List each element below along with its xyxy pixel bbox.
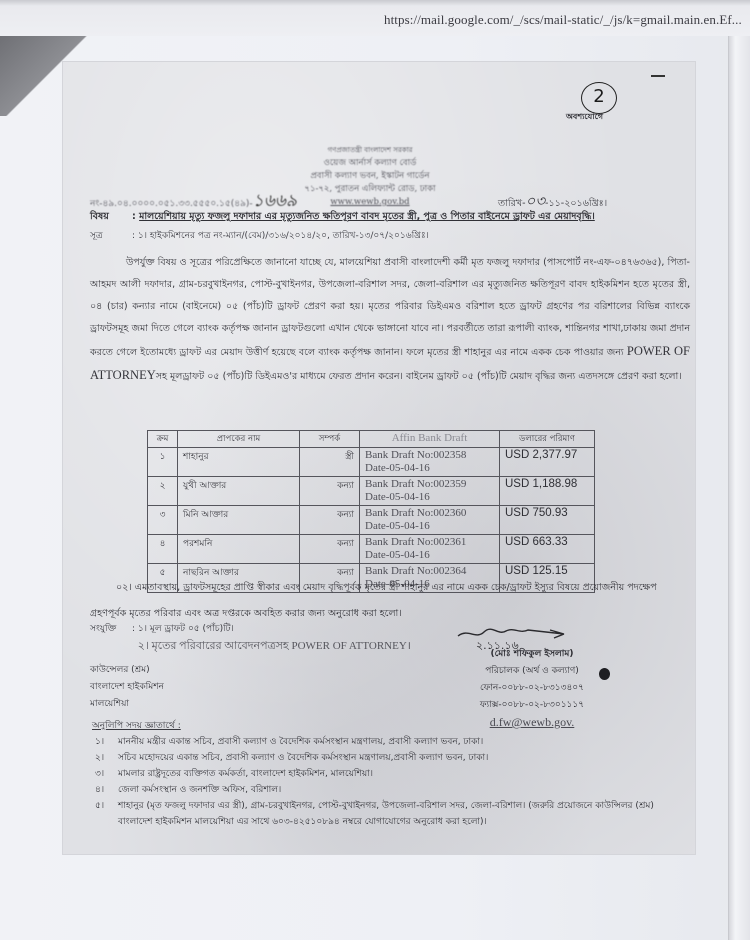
stamp-label: অবশ্যযোগে xyxy=(566,111,603,124)
draft-date: Date-05-04-16 xyxy=(365,462,494,475)
bank-draft-table: ক্রম প্রাপকের নাম সম্পর্ক Affin Bank Dra… xyxy=(147,430,595,593)
col-relation: সম্পর্ক xyxy=(300,431,360,448)
enclosures: সংযুক্তি: ১। মূল ড্রাফট ০৫ (পাঁচ)টি। ২। … xyxy=(90,621,411,656)
page-number-circle: 2 xyxy=(581,82,617,114)
enclosure-item-1: ১। মূল ড্রাফট ০৫ (পাঁচ)টি। xyxy=(138,624,234,634)
list-item-text: সচিব মহোদয়ের একান্ত সচিব, প্রবাসী কল্যা… xyxy=(118,750,488,766)
cell-relation: কন্যা xyxy=(300,477,360,506)
signatory-designation: পরিচালক (অর্থ ও কল্যাণ) xyxy=(452,663,612,680)
cell-amount: USD 2,377.97 xyxy=(500,448,595,477)
list-item-text: শাহানুর (মৃত ফজলু দফাদার এর স্ত্রী), গ্র… xyxy=(118,798,685,830)
col-amount: ডলারের পরিমাণ xyxy=(500,431,595,448)
cell-bank-draft: Bank Draft No:002360Date-05-04-16 xyxy=(360,506,500,535)
list-item-number: ২। xyxy=(95,750,118,766)
list-item-text: মামলার রাষ্ট্রদূতের ব্যক্তিগত কর্মকর্তা,… xyxy=(118,766,373,782)
signatory-email[interactable]: d.fw@wewb.gov. xyxy=(452,714,612,731)
cell-serial: ৪ xyxy=(148,535,178,564)
body-text-before: উপর্যুক্ত বিষয় ও সূত্রের পরিপ্রেক্ষিতে … xyxy=(90,257,690,358)
addressee: কাউন্সেলর (শ্রম) বাংলাদেশ হাইকমিশন মালয়… xyxy=(90,662,164,713)
signatory-fax: ফ্যাক্স-০০৮৮-০২-৮৩০১১১৭ xyxy=(452,697,612,714)
subject-label: বিষয় xyxy=(90,210,132,225)
list-item: ৪।জেলা কর্মসংস্থান ও জনশক্তি অফিস, বরিশা… xyxy=(95,782,685,798)
list-item: ২।সচিব মহোদয়ের একান্ত সচিব, প্রবাসী কল্… xyxy=(95,750,685,766)
addressee-line-3: মালয়েশিয়া xyxy=(90,696,164,713)
list-item-number: ৪। xyxy=(95,782,118,798)
copy-to-title: অনুলিপি সদয় জ্ঞাতার্থে : xyxy=(92,718,181,733)
page-edge xyxy=(728,36,750,940)
list-item-text: জেলা কর্মসংস্থান ও জনশক্তি অফিস, বরিশাল। xyxy=(118,782,281,798)
cell-serial: ১ xyxy=(148,448,178,477)
list-item: ৫।শাহানুর (মৃত ফজলু দফাদার এর স্ত্রী), গ… xyxy=(95,798,685,830)
date-label: তারিখ- xyxy=(498,198,526,209)
col-bank-draft: Affin Bank Draft xyxy=(360,431,500,448)
list-item: ১।মাননীয় মন্ত্রীর একান্ত সচিব, প্রবাসী … xyxy=(95,734,685,750)
letterhead-org: ওয়েজ আর্নার্স কল্যাণ বোর্ড xyxy=(220,157,520,170)
draft-number: Bank Draft No:002359 xyxy=(365,478,494,491)
cell-amount: USD 750.93 xyxy=(500,506,595,535)
signature: ২.১১.১৬ xyxy=(454,622,604,646)
draft-number: Bank Draft No:002361 xyxy=(365,536,494,549)
ink-blot xyxy=(599,668,610,680)
printed-url: https://mail.google.com/_/scs/mail-stati… xyxy=(384,12,742,28)
signatory-name: (মোঃ শফিকুল ইসলাম) xyxy=(452,646,612,663)
reference-text: ১। হাইকমিশনের পত্র নং-ম্যান/(বেম)/৩১৬/২০… xyxy=(138,231,429,241)
list-item-number: ৩। xyxy=(95,766,118,782)
draft-number: Bank Draft No:002358 xyxy=(365,449,494,462)
pen-mark xyxy=(651,75,665,77)
cell-serial: ২ xyxy=(148,477,178,506)
col-serial: ক্রম xyxy=(148,431,178,448)
body-text-after: সহ মূলড্রাফট ০৫ (পাঁচ)টি ডিইএমও'র মাধ্যম… xyxy=(156,371,682,382)
cell-recipient-name: পরশমনি xyxy=(178,535,300,564)
cell-relation: কন্যা xyxy=(300,506,360,535)
draft-number: Bank Draft No:002360 xyxy=(365,507,494,520)
table-header-row: ক্রম প্রাপকের নাম সম্পর্ক Affin Bank Dra… xyxy=(148,431,595,448)
cell-recipient-name: যুথী আক্তার xyxy=(178,477,300,506)
cell-relation: কন্যা xyxy=(300,535,360,564)
cell-bank-draft: Bank Draft No:002358Date-05-04-16 xyxy=(360,448,500,477)
table-row: ৩মিনি আক্তারকন্যাBank Draft No:002360Dat… xyxy=(148,506,595,535)
cell-amount: USD 663.33 xyxy=(500,535,595,564)
draft-date: Date-05-04-16 xyxy=(365,491,494,504)
letterhead-gov: গণপ্রজাতন্ত্রী বাংলাদেশ সরকার xyxy=(220,144,520,157)
copy-to-list: ১।মাননীয় মন্ত্রীর একান্ত সচিব, প্রবাসী … xyxy=(95,734,685,830)
signatory-phone: ফোন-০০৮৮-০২-৮৩১৩৪০৭ xyxy=(452,680,612,697)
addressee-line-2: বাংলাদেশ হাইকমিশন xyxy=(90,679,164,696)
body-paragraph: উপর্যুক্ত বিষয় ও সূত্রের পরিপ্রেক্ষিতে … xyxy=(90,252,690,388)
cell-bank-draft: Bank Draft No:002361Date-05-04-16 xyxy=(360,535,500,564)
memo-handwritten-number: ১৬৬৯ xyxy=(253,191,297,211)
signature-scrawl: ২.১১.১৬ xyxy=(454,622,604,646)
signature-block: (মোঃ শফিকুল ইসলাম) পরিচালক (অর্থ ও কল্যা… xyxy=(452,646,612,731)
col-recipient-name: প্রাপকের নাম xyxy=(178,431,300,448)
cell-recipient-name: শাহানুর xyxy=(178,448,300,477)
draft-date: Date-05-04-16 xyxy=(365,549,494,562)
list-item: ৩।মামলার রাষ্ট্রদূতের ব্যক্তিগত কর্মকর্ত… xyxy=(95,766,685,782)
table-row: ৪পরশমনিকন্যাBank Draft No:002361Date-05-… xyxy=(148,535,595,564)
subject-text: মালয়েশিয়ায় মৃত্যু ফজলু দফাদার এর মৃত্… xyxy=(139,211,595,222)
list-item-text: মাননীয় মন্ত্রীর একান্ত সচিব, প্রবাসী কল… xyxy=(118,734,483,750)
reference-line: সূত্র: ১। হাইকমিশনের পত্র নং-ম্যান/(বেম)… xyxy=(90,228,690,243)
draft-date: Date-05-04-16 xyxy=(365,520,494,533)
enclosure-item-2: ২। মৃতের পরিবারের আবেদনপত্রসহ POWER OF A… xyxy=(138,640,411,652)
cell-amount: USD 1,188.98 xyxy=(500,477,595,506)
date-handwritten: ০৩ xyxy=(526,192,546,210)
list-item-number: ৫। xyxy=(95,798,118,830)
date-rest: -১১-২০১৬খ্রিঃ। xyxy=(545,198,607,209)
second-paragraph: ০২। এমতাবস্থায়, ড্রাফটসমূহের প্রাপ্তি স… xyxy=(90,575,690,627)
letterhead-building: প্রবাসী কল্যাণ ভবন, ইস্কাটন গার্ডেন xyxy=(220,170,520,183)
cell-recipient-name: মিনি আক্তার xyxy=(178,506,300,535)
cell-relation: স্ত্রী xyxy=(300,448,360,477)
list-item-number: ১। xyxy=(95,734,118,750)
enclosure-label: সংযুক্তি xyxy=(90,621,132,638)
reference-label: সূত্র xyxy=(90,228,132,243)
memo-number-text: নং-৪৯.০৪.০০০০.০৫১.৩৩.৫৫৫০.১৫(৪৯)- xyxy=(90,199,253,209)
addressee-line-1: কাউন্সেলর (শ্রম) xyxy=(90,662,164,679)
table-row: ১শাহানুরস্ত্রীBank Draft No:002358Date-0… xyxy=(148,448,595,477)
cell-serial: ৩ xyxy=(148,506,178,535)
cell-bank-draft: Bank Draft No:002359Date-05-04-16 xyxy=(360,477,500,506)
second-paragraph-text: ০২। এমতাবস্থায়, ড্রাফটসমূহের প্রাপ্তি স… xyxy=(90,582,657,619)
printed-url-header: https://mail.google.com/_/scs/mail-stati… xyxy=(0,0,750,36)
subject-line: বিষয়: মালয়েশিয়ায় মৃত্যু ফজলু দফাদার … xyxy=(90,210,690,225)
table-row: ২যুথী আক্তারকন্যাBank Draft No:002359Dat… xyxy=(148,477,595,506)
